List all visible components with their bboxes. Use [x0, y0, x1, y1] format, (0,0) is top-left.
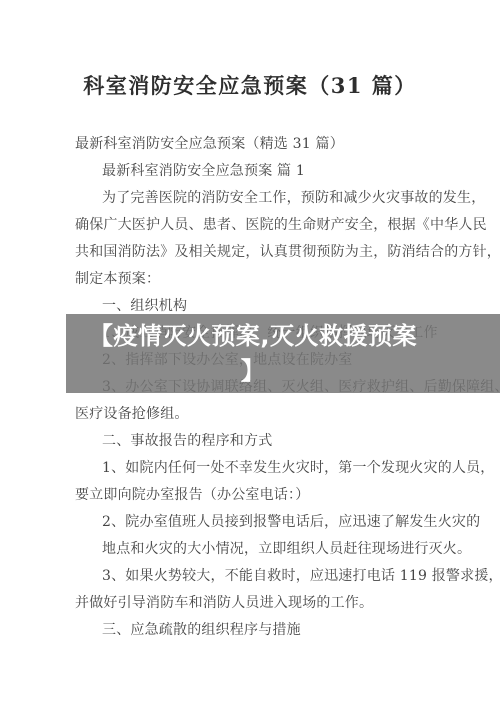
doc-line: 要立即向院办室报告（办公室电话：） [75, 482, 498, 509]
doc-line: 最新科室消防安全应急预案（精选 31 篇） [75, 131, 498, 158]
watermark-text-line2: 】 [241, 354, 266, 389]
doc-line: 最新科室消防安全应急预案 篇 1 [75, 158, 498, 185]
doc-line: 医疗设备抢修组。 [75, 401, 498, 428]
doc-line: 地点和火灾的大小情况，立即组织人员赶往现场进行灭火。 [75, 536, 498, 563]
doc-line-section-3: 三、应急疏散的组织程序与措施 [75, 617, 498, 644]
doc-line: 为了完善医院的消防安全工作，预防和减少火灾事故的发生， [75, 185, 498, 212]
doc-line: 确保广大医护人员、患者、医院的生命财产安全，根据《中华人民 [75, 212, 498, 239]
doc-line: 1、如院内任何一处不幸发生火灾时，第一个发现火灾的人员， [75, 455, 498, 482]
page-title: 科室消防安全应急预案（31 篇） [0, 70, 500, 100]
watermark-text-line1: 【疫情灭火预案,灭火救援预案 [89, 319, 417, 354]
doc-line: 3、如果火势较大，不能自救时，应迅速打电话 119 报警求援， [75, 563, 498, 590]
document-page: 科室消防安全应急预案（31 篇） 最新科室消防安全应急预案（精选 31 篇） 最… [0, 0, 500, 706]
doc-line-section-2: 二、事故报告的程序和方式 [75, 428, 498, 455]
doc-line: 制定本预案： [75, 266, 498, 293]
doc-line: 2、院办室值班人员接到报警电话后，应迅速了解发生火灾的 [75, 509, 498, 536]
doc-line: 共和国消防法》及相关规定，认真贯彻预防为主，防消结合的方针， [75, 239, 498, 266]
doc-line: 并做好引导消防车和消防人员进入现场的工作。 [75, 590, 498, 617]
watermark-banner: 【疫情灭火预案,灭火救援预案 】 [66, 314, 500, 393]
